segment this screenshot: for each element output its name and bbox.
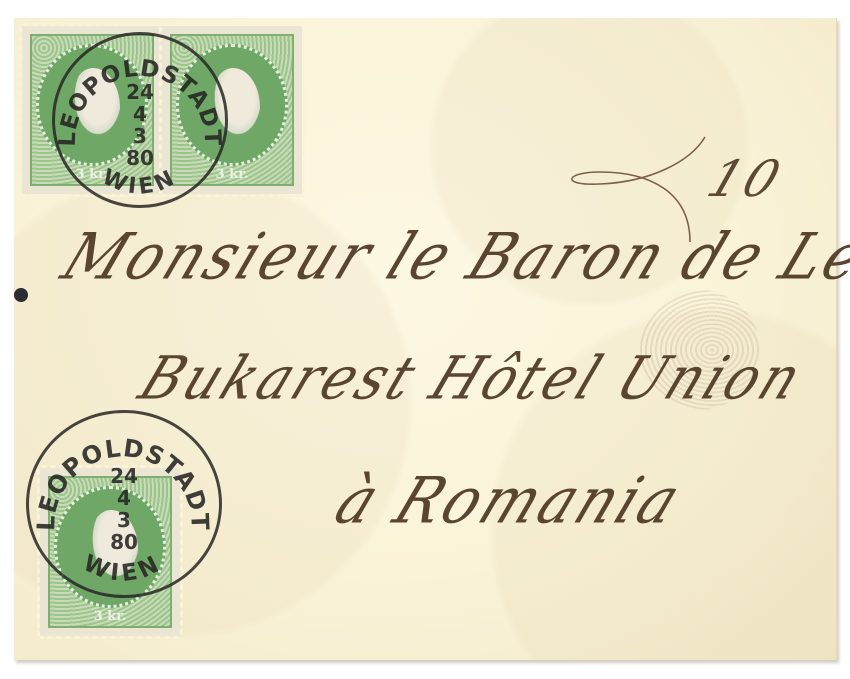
address-line-1: Monsieur le Baron de Ledr (52, 219, 850, 294)
ink-spot (14, 288, 28, 302)
stamp-denomination: 3 kr. (40, 609, 180, 624)
postmark-2: LEOPOLDSTADT WIEN 24 4 3 80 (26, 410, 222, 598)
svg-text:WIEN: WIEN (79, 549, 166, 587)
address-line-2: Bukarest Hôtel Union (130, 344, 814, 413)
postmark-1: LEOPOLDSTADT WIEN 24 4 3 80 (52, 32, 228, 208)
address-line-3: à Romania (325, 463, 694, 538)
postmark-date: 24 4 3 80 (29, 465, 219, 553)
postmark-date: 24 4 3 80 (55, 81, 225, 169)
